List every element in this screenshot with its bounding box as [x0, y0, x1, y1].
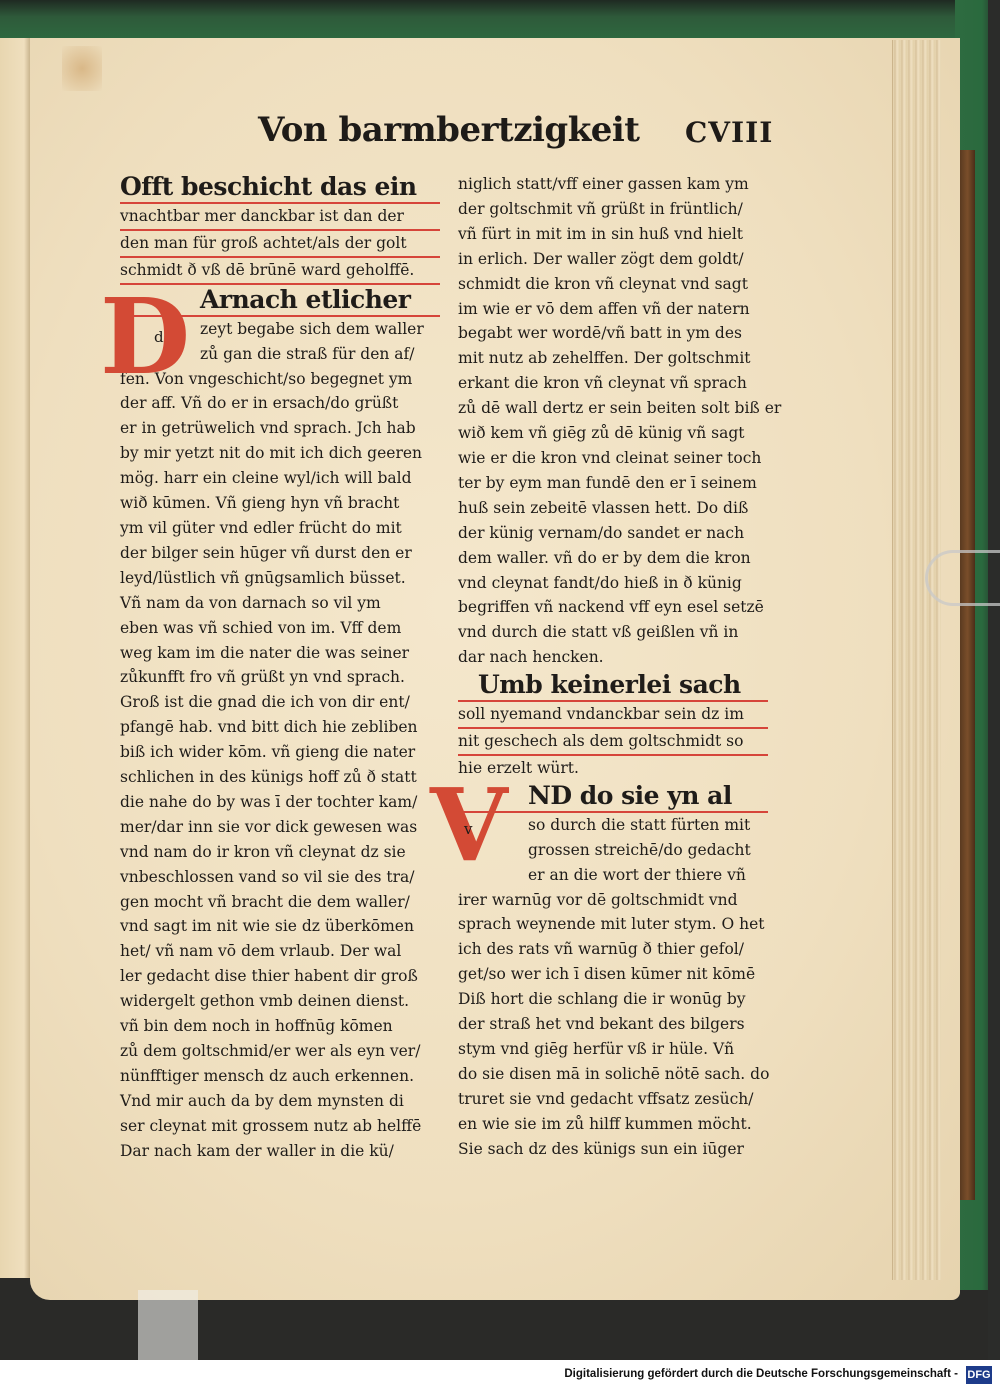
text-line: widergelt gethon vmb deinen dienst. [120, 989, 440, 1014]
text-line: Sie sach dz des künigs sun ein iūger [458, 1137, 768, 1162]
text-line: mit nutz ab zehelffen. Der goltschmit [458, 346, 768, 371]
text-line: mer/dar inn sie vor dick gewesen was [120, 815, 440, 840]
text-line: der bilger sein hūger vñ durst den er [120, 541, 440, 566]
text-line: do sie disen mā in solichē nötē sach. do [458, 1062, 768, 1087]
text-line: der künig vernam/do sandet er nach [458, 521, 768, 546]
rubric-line: soll nyemand vndanckbar sein dz im [458, 702, 768, 729]
text-line: in erlich. Der waller zögt dem goldt/ [458, 247, 768, 272]
text-line: nünfftiger mensch dz auch erkennen. [120, 1064, 440, 1089]
text-line: ich des rats vñ warnūg ð thier gefol/ [458, 937, 768, 962]
text-line: ser cleynat mit grossem nutz ab helffē [120, 1114, 440, 1139]
text-line: zůkunfft fro vñ grüßt yn vnd sprach. [120, 665, 440, 690]
scan-background: Von barmbertzigkeit CVIII Offt beschicht… [0, 0, 1000, 1360]
text-line: wið kem vñ giēg zů dē künig vñ sagt [458, 421, 768, 446]
text-line: Dar nach kam der waller in die kü/ [120, 1139, 440, 1164]
guide-letter: v [464, 817, 472, 842]
text-line: Vñ nam da von darnach so vil ym [120, 591, 440, 616]
text-line: stym vnd giēg herfür vß ir hüle. Vñ [458, 1037, 768, 1062]
text-line: get/so wer ich ī disen kūmer nit kōmē [458, 962, 768, 987]
funding-credit: Digitalisierung gefördert durch die Deut… [564, 1368, 958, 1380]
text-line: erkant die kron vñ cleynat vñ sprach [458, 371, 768, 396]
dfg-logo: DFG [966, 1366, 992, 1384]
text-line: irer warnūg vor dē goltschmidt vnd [458, 888, 768, 913]
text-line: dem waller. vñ do er by dem die kron [458, 546, 768, 571]
text-line: niglich statt/vff einer gassen kam ym [458, 172, 768, 197]
text-line: vñ bin dem noch in hoffnūg kōmen [120, 1014, 440, 1039]
rubric-line: den man für groß achtet/als der golt [120, 231, 440, 258]
text-line: mög. harr ein cleine wyl/ich will bald [120, 466, 440, 491]
text-line: ler gedacht dise thier habent dir groß [120, 964, 440, 989]
rubric-heading: Offt beschicht das ein [120, 172, 440, 204]
rubric-heading: Umb keinerlei sach [458, 670, 768, 702]
text-line: ter by eym man fundē den er ī seinem [458, 471, 768, 496]
folio-number: CVIII [685, 116, 773, 149]
text-line: by mir yetzt nit do mit ich dich geeren [120, 441, 440, 466]
text-line: vnd nam do ir kron vñ cleynat dz sie [120, 840, 440, 865]
running-head: Von barmbertzigkeit [258, 110, 640, 150]
text-line: zů dem goltschmid/er wer als eyn ver/ [120, 1039, 440, 1064]
page-stack-edge [892, 40, 941, 1280]
text-line: truret sie vnd gedacht vffsatz zesüch/ [458, 1087, 768, 1112]
text-line: im wie er vō dem affen vñ der natern [458, 297, 768, 322]
text-line: Diß hort die schlang die ir wonūg by [458, 987, 768, 1012]
text-line: begabt wer wordē/vñ batt in ym des [458, 321, 768, 346]
text-line: begriffen vñ nackend vff eyn esel setzē [458, 595, 768, 620]
text-line: huß sein zebeitē vlassen hett. Do diß [458, 496, 768, 521]
text-line: het/ vñ nam vō dem vrlaub. Der wal [120, 939, 440, 964]
text-line: gen mocht vñ bracht die dem waller/ [120, 890, 440, 915]
illuminated-initial: D [100, 285, 190, 389]
text-line: vnbeschlossen vand so vil sie des tra/ [120, 865, 440, 890]
text-line: dar nach hencken. [458, 645, 768, 670]
text-line: schlichen in des künigs hoff zů ð statt [120, 765, 440, 790]
water-stain [62, 46, 102, 91]
text-line: leyd/lüstlich vñ gnūgsamlich büsset. [120, 566, 440, 591]
text-line: die nahe do by was ī der tochter kam/ [120, 790, 440, 815]
footer-bar: Digitalisierung gefördert durch die Deut… [0, 1360, 1000, 1390]
text-line: Vnd mir auch da by dem mynsten di [120, 1089, 440, 1114]
text-line: ym vil güter vnd edler frücht do mit [120, 516, 440, 541]
text-line: schmidt die kron vñ cleynat vnd sagt [458, 272, 768, 297]
rubric-line: nit geschech als dem goltschmidt so [458, 729, 768, 756]
text-line: zů dē wall dertz er sein beiten solt biß… [458, 396, 768, 421]
book-cover-top [0, 0, 1000, 42]
text-line: der goltschmit vñ grüßt in früntlich/ [458, 197, 768, 222]
text-line: pfangē hab. vnd bitt dich hie zebliben [120, 715, 440, 740]
right-column: niglich statt/vff einer gassen kam ym de… [458, 172, 768, 1162]
scan-edge [988, 0, 1000, 1360]
page-clip [925, 550, 1000, 606]
text-line: der straß het vnd bekant des bilgers [458, 1012, 768, 1037]
guide-letter: d [154, 325, 164, 350]
text-line: er in getrüwelich vnd sprach. Jch hab [120, 416, 440, 441]
text-line: wie er die kron vnd cleinat seiner toch [458, 446, 768, 471]
text-line: weg kam im die nater die was seiner [120, 641, 440, 666]
text-line: Groß ist die gnad die ich von dir ent/ [120, 690, 440, 715]
left-column: Offt beschicht das ein vnachtbar mer dan… [120, 172, 440, 1164]
text-line: vnd durch die statt vß geißlen vñ in [458, 620, 768, 645]
text-line: vnd cleynat fandt/do hieß in ð künig [458, 571, 768, 596]
text-line: biß ich wider kōm. vñ gieng die nater [120, 740, 440, 765]
repair-tape [138, 1290, 198, 1360]
facing-page-edge [0, 38, 31, 1278]
book-board-edge [960, 150, 975, 1200]
text-line: eben was vñ schied von im. Vff dem [120, 616, 440, 641]
text-line: sprach weynende mit luter stym. O het [458, 912, 768, 937]
text-line: en wie sie im zů hilff kummen möcht. [458, 1112, 768, 1137]
rubric-line: vnachtbar mer danckbar ist dan der [120, 204, 440, 231]
text-line: vnd sagt im nit wie sie dz überkōmen [120, 914, 440, 939]
text-line: vñ fürt in mit im in sin huß vnd hielt [458, 222, 768, 247]
text-line: wið kūmen. Vñ gieng hyn vñ bracht [120, 491, 440, 516]
